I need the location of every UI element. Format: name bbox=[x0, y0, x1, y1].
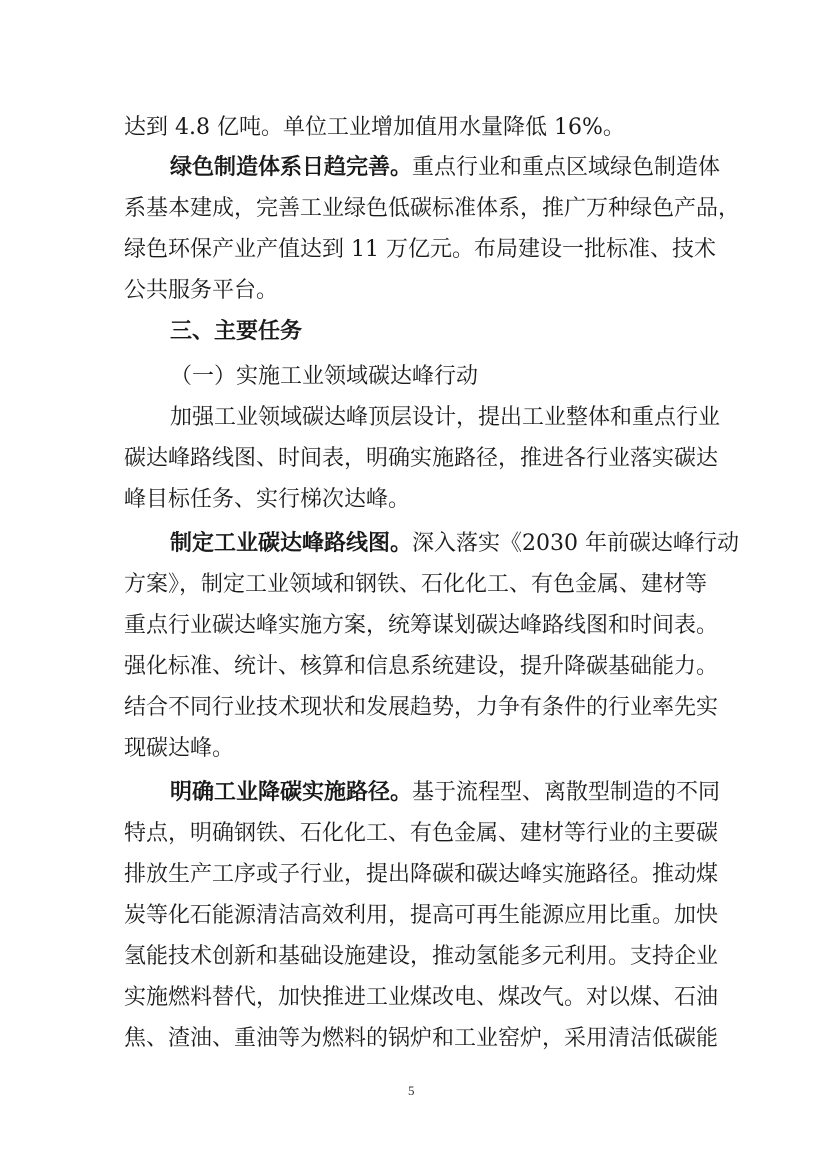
paragraph-text: 深入落实《2030 年前碳达峰行动 bbox=[412, 531, 739, 556]
document-page: 达到 4.8 亿吨。单位工业增加值用水量降低 16%。 绿色制造体系日趋完善。重… bbox=[0, 0, 828, 1169]
paragraph-text: 基于流程型、离散型制造的不同 bbox=[412, 780, 720, 805]
paragraph-line: 系基本建成，完善工业绿色低碳标准体系，推广万种绿色产品， bbox=[124, 188, 702, 229]
paragraph-lead-heading: 制定工业碳达峰路线图。 bbox=[170, 531, 412, 556]
paragraph-line: 碳达峰路线图、时间表，明确实施路径，推进各行业落实碳达 bbox=[124, 438, 702, 479]
paragraph-line: 排放生产工序或子行业，提出降碳和碳达峰实施路径。推动煤 bbox=[124, 854, 702, 895]
section-heading: 三、主要任务 bbox=[170, 311, 470, 352]
paragraph-line: 峰目标任务、实行梯次达峰。 bbox=[124, 479, 702, 520]
subsection-heading: （一）实施工业领域碳达峰行动 bbox=[170, 356, 570, 397]
paragraph-line: 实施燃料替代，加快推进工业煤改电、煤改气。对以煤、石油 bbox=[124, 977, 702, 1018]
paragraph-text: 重点行业和重点区域绿色制造体 bbox=[412, 155, 720, 180]
page-number: 5 bbox=[408, 1083, 415, 1099]
paragraph-line: 结合不同行业技术现状和发展趋势，力争有条件的行业率先实 bbox=[124, 687, 702, 728]
paragraph-line: 氢能技术创新和基础设施建设，推动氢能多元利用。支持企业 bbox=[124, 936, 702, 977]
paragraph-line: 明确工业降碳实施路径。基于流程型、离散型制造的不同 bbox=[170, 772, 702, 813]
paragraph-line: 现碳达峰。 bbox=[124, 728, 702, 769]
paragraph-line: 特点，明确钢铁、石化化工、有色金属、建材等行业的主要碳 bbox=[124, 813, 702, 854]
paragraph-line: 公共服务平台。 bbox=[124, 270, 702, 311]
paragraph-line: 绿色环保产业产值达到 11 万亿元。布局建设一批标准、技术 bbox=[124, 229, 702, 270]
paragraph-line: 绿色制造体系日趋完善。重点行业和重点区域绿色制造体 bbox=[170, 147, 702, 188]
paragraph-line: 炭等化石能源清洁高效利用，提高可再生能源应用比重。加快 bbox=[124, 895, 702, 936]
paragraph-line: 强化标准、统计、核算和信息系统建设，提升降碳基础能力。 bbox=[124, 646, 702, 687]
paragraph-line: 达到 4.8 亿吨。单位工业增加值用水量降低 16%。 bbox=[124, 107, 702, 148]
paragraph-line: 方案》，制定工业领域和钢铁、石化化工、有色金属、建材等 bbox=[124, 564, 702, 605]
paragraph-lead-heading: 明确工业降碳实施路径。 bbox=[170, 780, 412, 805]
paragraph-line: 制定工业碳达峰路线图。深入落实《2030 年前碳达峰行动 bbox=[170, 523, 702, 564]
paragraph-line: 重点行业碳达峰实施方案，统筹谋划碳达峰路线图和时间表。 bbox=[124, 605, 702, 646]
paragraph-line: 焦、渣油、重油等为燃料的锅炉和工业窑炉，采用清洁低碳能 bbox=[124, 1018, 702, 1059]
paragraph-line: 加强工业领域碳达峰顶层设计，提出工业整体和重点行业 bbox=[170, 397, 702, 438]
paragraph-lead-heading: 绿色制造体系日趋完善。 bbox=[170, 155, 412, 180]
